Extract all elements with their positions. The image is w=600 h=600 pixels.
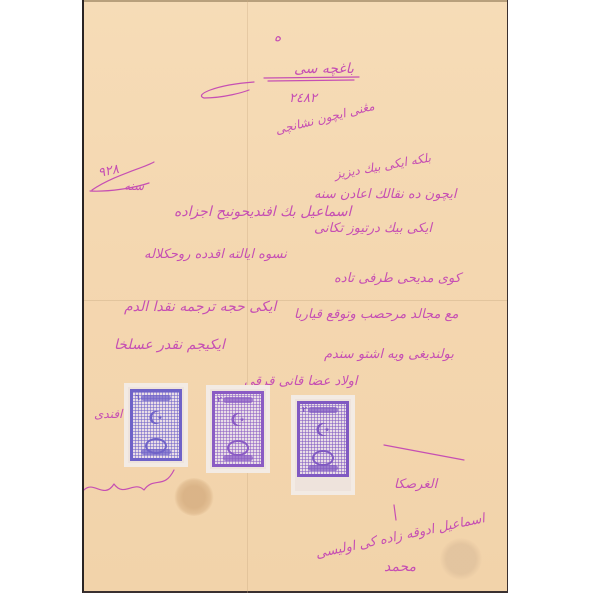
- stamp-denomination: ٢: [302, 405, 307, 414]
- revenue-stamp-middle: ٢ ☪: [206, 385, 270, 473]
- crescent-star-icon: ☪: [315, 422, 331, 440]
- tughra-emblem-icon: [227, 440, 249, 456]
- crescent-star-icon: ☪: [230, 412, 246, 430]
- stamp-denomination: ٦: [135, 393, 140, 402]
- margin-note-text: سنه: [124, 180, 144, 192]
- body-line: ایکی حجه ترجمه نقدا الدم: [124, 300, 276, 314]
- lower-right-label: الغرصکا: [394, 478, 437, 491]
- revenue-stamp-right: ٢ ☪: [291, 395, 355, 495]
- crescent-star-icon: ☪: [148, 410, 164, 428]
- body-line: نسوه ایالته اقدده روحکلاله: [144, 248, 287, 261]
- body-line: کوی مدیحی طرفی تاده: [334, 272, 461, 285]
- signature: محمد: [384, 560, 416, 574]
- body-line: مع مجالد مرحصب وتوقع قیاربا: [294, 308, 458, 321]
- header-number: ٢٤٨٢: [289, 92, 317, 105]
- handwriting-strokes: [84, 0, 510, 593]
- tughra-emblem-icon: [312, 450, 334, 466]
- body-line: بلکه ایکی بیك دیزیز: [334, 152, 432, 181]
- body-line: ایکی بیك درتیوز تکانی: [314, 222, 432, 235]
- header-title: باغچه سی: [294, 62, 354, 76]
- fold-line-vertical: [247, 0, 248, 593]
- body-line: اسماعیل بك افندیحونیح اجزاده: [174, 205, 351, 219]
- revenue-stamp-left: ٦ ☪: [124, 383, 188, 467]
- document-paper: ه باغچه سی ٢٤٨٢ مڠنی ایچون نشانچی ٩٢٨ سن…: [82, 0, 508, 593]
- header-mark: ه: [274, 30, 281, 44]
- body-line: ایکیجم نقدر عسلخا: [114, 338, 225, 352]
- margin-note-year: ٩٢٨: [97, 163, 120, 180]
- body-line: بولندیغی ویه اشتو سندم: [324, 348, 454, 361]
- brown-seal-stamp: [174, 478, 214, 516]
- body-line: ایچون ده نقالك اعادن سنه: [314, 188, 457, 201]
- faded-seal-stamp: [440, 538, 482, 580]
- stamp-denomination: ٢: [217, 395, 222, 404]
